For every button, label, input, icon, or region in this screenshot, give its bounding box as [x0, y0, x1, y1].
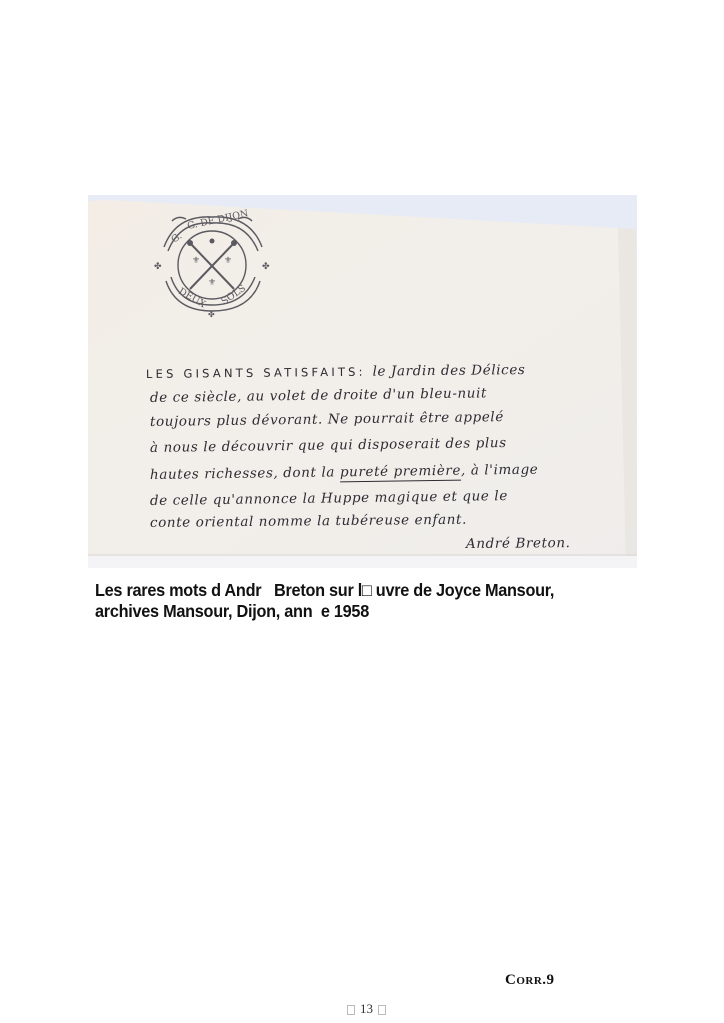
missing-glyph-icon	[378, 1005, 386, 1015]
handwriting-title-caps: LES GISANTS SATISFAITS:	[146, 365, 366, 381]
handwriting-signature: André Breton.	[466, 535, 571, 552]
manuscript-photo: ⚜ ⚜ ⚜ ✤ ✤ ✤ G. G. DE DIJON DEUX SOLS LES…	[88, 195, 637, 568]
page-number: 13	[342, 1001, 391, 1017]
svg-text:✤: ✤	[262, 262, 270, 272]
page-number-value: 13	[360, 1001, 373, 1016]
svg-text:⚜: ⚜	[208, 278, 216, 288]
caption-line-2: archives Mansour, Dijon, ann e 1958	[95, 601, 554, 622]
svg-text:⚜: ⚜	[224, 256, 232, 266]
svg-text:✤: ✤	[154, 262, 162, 272]
document-reference: Corr.9	[505, 972, 555, 989]
handwriting-line-5b: , à l'image	[461, 462, 539, 479]
handwriting-title-rest: le Jardin des Délices	[372, 362, 525, 380]
handwriting-underlined-phrase: pureté première	[340, 463, 461, 483]
photo-caption: Les rares mots d Andr Breton sur l□ uvre…	[95, 580, 554, 622]
missing-glyph-icon	[347, 1005, 355, 1015]
svg-text:DEUX: DEUX	[177, 286, 208, 310]
svg-text:⚜: ⚜	[192, 256, 200, 266]
handwriting-line-5a: hautes richesses, dont la	[150, 464, 335, 483]
svg-text:✤: ✤	[208, 310, 215, 319]
caption-line-1: Les rares mots d Andr Breton sur l□ uvre…	[95, 580, 554, 601]
handwriting-line-7: conte oriental nomme la tubéreuse enfant…	[150, 512, 467, 531]
tax-stamp-icon: ⚜ ⚜ ⚜ ✤ ✤ ✤ G. G. DE DIJON DEUX SOLS	[146, 207, 278, 319]
